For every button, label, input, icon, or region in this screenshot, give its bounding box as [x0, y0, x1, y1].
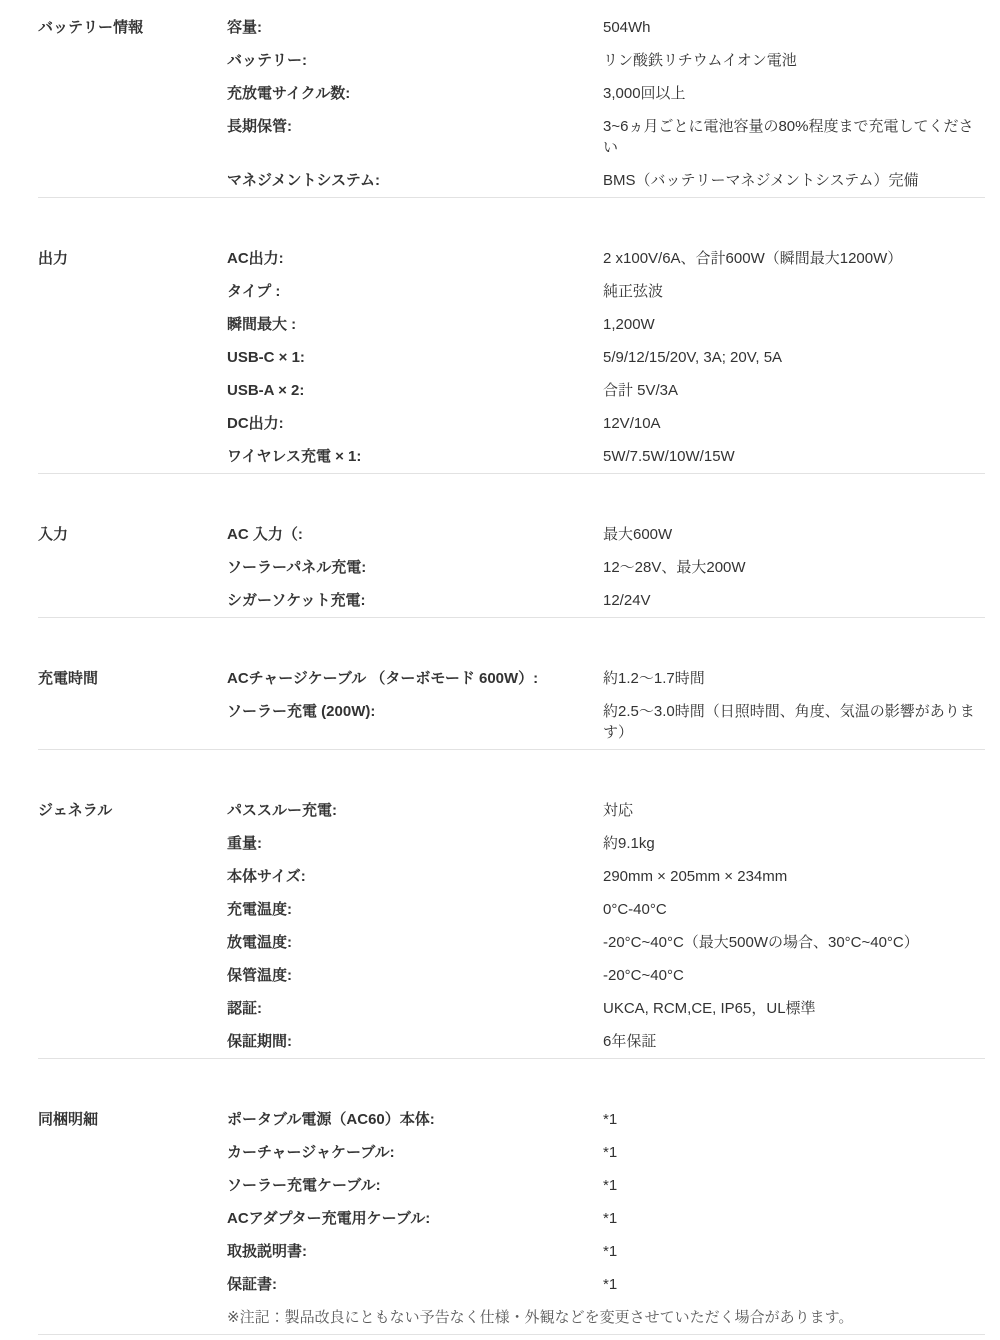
spec-value: 3,000回以上	[603, 77, 985, 110]
spec-value: 約9.1kg	[603, 827, 985, 860]
spec-value: 約1.2〜1.7時間	[603, 662, 985, 695]
spec-label: ACチャージケーブル （ターボモード 600W）:	[227, 662, 603, 695]
spec-row: 瞬間最大 : 1,200W	[227, 308, 985, 341]
spec-section: 出力 AC出力: 2 x100V/6A、合計600W（瞬間最大1200W） タイ…	[38, 242, 985, 474]
spec-label: ポータブル電源（AC60）本体:	[227, 1103, 603, 1136]
spec-label: バッテリー:	[227, 44, 603, 77]
spec-row: バッテリー: リン酸鉄リチウムイオン電池	[227, 44, 985, 77]
section-rows: ポータブル電源（AC60）本体: *1 カーチャージャケーブル: *1 ソーラー…	[227, 1103, 985, 1334]
section-rows: AC出力: 2 x100V/6A、合計600W（瞬間最大1200W） タイプ :…	[227, 242, 985, 473]
spec-value: 最大600W	[603, 518, 985, 551]
spec-row: ワイヤレス充電 × 1: 5W/7.5W/10W/15W	[227, 440, 985, 473]
spec-label: 認証:	[227, 992, 603, 1025]
section-rows: パススルー充電: 対応 重量: 約9.1kg 本体サイズ: 290mm × 20…	[227, 794, 985, 1058]
spec-row: 充電温度: 0°C-40°C	[227, 893, 985, 926]
spec-label: ワイヤレス充電 × 1:	[227, 440, 603, 473]
spec-value: 5W/7.5W/10W/15W	[603, 440, 985, 473]
spec-row: USB-A × 2: 合計 5V/3A	[227, 374, 985, 407]
spec-row: 保証期間: 6年保証	[227, 1025, 985, 1058]
spec-value: *1	[603, 1169, 985, 1202]
note-text: ※注記：製品改良にともない予告なく仕様・外観などを変更させていただく場合がありま…	[227, 1301, 985, 1334]
spec-value: -20°C~40°C（最大500Wの場合、30°C~40°C）	[603, 926, 985, 959]
spec-value: 12/24V	[603, 584, 985, 617]
spec-row: USB-C × 1: 5/9/12/15/20V, 3A; 20V, 5A	[227, 341, 985, 374]
spec-label: AC 入力（:	[227, 518, 603, 551]
spec-value: 3~6ヵ月ごとに電池容量の80%程度まで充電してください	[603, 110, 985, 164]
spec-value: 合計 5V/3A	[603, 374, 985, 407]
spec-label: USB-A × 2:	[227, 374, 603, 407]
spec-label: 重量:	[227, 827, 603, 860]
spec-row: ソーラー充電 (200W): 約2.5〜3.0時間（日照時間、角度、気温の影響が…	[227, 695, 985, 749]
spec-row: 本体サイズ: 290mm × 205mm × 234mm	[227, 860, 985, 893]
spec-label: 充電温度:	[227, 893, 603, 926]
spec-label: タイプ :	[227, 275, 603, 308]
spec-value: *1	[603, 1136, 985, 1169]
spec-label: パススルー充電:	[227, 794, 603, 827]
spec-row: 認証: UKCA, RCM,CE, IP65，UL標準	[227, 992, 985, 1025]
spec-label: 充放電サイクル数:	[227, 77, 603, 110]
spec-value: 1,200W	[603, 308, 985, 341]
spec-value: 12〜28V、最大200W	[603, 551, 985, 584]
spec-row: AC 入力（: 最大600W	[227, 518, 985, 551]
spec-row: 保管温度: -20°C~40°C	[227, 959, 985, 992]
spec-label: マネジメントシステム:	[227, 164, 603, 197]
spec-label: 取扱説明書:	[227, 1235, 603, 1268]
spec-label: DC出力:	[227, 407, 603, 440]
spec-label: シガーソケット充電:	[227, 584, 603, 617]
spec-label: 保証期間:	[227, 1025, 603, 1058]
spec-label: 保証書:	[227, 1268, 603, 1301]
spec-row: 長期保管: 3~6ヵ月ごとに電池容量の80%程度まで充電してください	[227, 110, 985, 164]
spec-label: 容量:	[227, 11, 603, 44]
spec-row: タイプ : 純正弦波	[227, 275, 985, 308]
spec-value: 290mm × 205mm × 234mm	[603, 860, 985, 893]
section-title: 充電時間	[38, 662, 227, 695]
section-rows: ACチャージケーブル （ターボモード 600W）: 約1.2〜1.7時間 ソーラ…	[227, 662, 985, 749]
spec-row: ACアダプター充電用ケーブル: *1	[227, 1202, 985, 1235]
spec-row: カーチャージャケーブル: *1	[227, 1136, 985, 1169]
spec-label: 瞬間最大 :	[227, 308, 603, 341]
spec-label: 放電温度:	[227, 926, 603, 959]
section-title: バッテリー情報	[38, 11, 227, 44]
spec-row: 重量: 約9.1kg	[227, 827, 985, 860]
spec-value: リン酸鉄リチウムイオン電池	[603, 44, 985, 77]
spec-label: AC出力:	[227, 242, 603, 275]
spec-value: -20°C~40°C	[603, 959, 985, 992]
spec-row: 充放電サイクル数: 3,000回以上	[227, 77, 985, 110]
section-title: 出力	[38, 242, 227, 275]
spec-label: 長期保管:	[227, 110, 603, 143]
spec-value: 12V/10A	[603, 407, 985, 440]
spec-row: シガーソケット充電: 12/24V	[227, 584, 985, 617]
spec-value: 504Wh	[603, 11, 985, 44]
spec-value: 2 x100V/6A、合計600W（瞬間最大1200W）	[603, 242, 985, 275]
spec-value: 0°C-40°C	[603, 893, 985, 926]
spec-row: 取扱説明書: *1	[227, 1235, 985, 1268]
spec-label: 保管温度:	[227, 959, 603, 992]
spec-label: ソーラーパネル充電:	[227, 551, 603, 584]
spec-section: 同梱明細 ポータブル電源（AC60）本体: *1 カーチャージャケーブル: *1…	[38, 1103, 985, 1335]
spec-section: 入力 AC 入力（: 最大600W ソーラーパネル充電: 12〜28V、最大20…	[38, 518, 985, 618]
spec-label: ソーラー充電 (200W):	[227, 695, 603, 728]
spec-label: 本体サイズ:	[227, 860, 603, 893]
spec-value: *1	[603, 1202, 985, 1235]
spec-value: 6年保証	[603, 1025, 985, 1058]
spec-value: UKCA, RCM,CE, IP65，UL標準	[603, 992, 985, 1025]
spec-table: バッテリー情報 容量: 504Wh バッテリー: リン酸鉄リチウムイオン電池 充…	[38, 11, 985, 1335]
spec-value: 5/9/12/15/20V, 3A; 20V, 5A	[603, 341, 985, 374]
section-title: 同梱明細	[38, 1103, 227, 1136]
spec-value: 約2.5〜3.0時間（日照時間、角度、気温の影響があります）	[603, 695, 985, 749]
section-title: ジェネラル	[38, 794, 227, 827]
spec-row: 放電温度: -20°C~40°C（最大500Wの場合、30°C~40°C）	[227, 926, 985, 959]
spec-label: USB-C × 1:	[227, 341, 603, 374]
spec-row: 保証書: *1	[227, 1268, 985, 1301]
spec-label: ACアダプター充電用ケーブル:	[227, 1202, 603, 1235]
spec-label: ソーラー充電ケーブル:	[227, 1169, 603, 1202]
spec-section: 充電時間 ACチャージケーブル （ターボモード 600W）: 約1.2〜1.7時…	[38, 662, 985, 750]
spec-row: マネジメントシステム: BMS（バッテリーマネジメントシステム）完備	[227, 164, 985, 197]
spec-row: ソーラーパネル充電: 12〜28V、最大200W	[227, 551, 985, 584]
spec-section: ジェネラル パススルー充電: 対応 重量: 約9.1kg 本体サイズ: 290m…	[38, 794, 985, 1059]
spec-label: カーチャージャケーブル:	[227, 1136, 603, 1169]
spec-value: *1	[603, 1235, 985, 1268]
spec-row: パススルー充電: 対応	[227, 794, 985, 827]
spec-section: バッテリー情報 容量: 504Wh バッテリー: リン酸鉄リチウムイオン電池 充…	[38, 11, 985, 198]
spec-value: BMS（バッテリーマネジメントシステム）完備	[603, 164, 985, 197]
section-title: 入力	[38, 518, 227, 551]
spec-row: ポータブル電源（AC60）本体: *1	[227, 1103, 985, 1136]
spec-value: *1	[603, 1103, 985, 1136]
spec-value: 純正弦波	[603, 275, 985, 308]
spec-row: ACチャージケーブル （ターボモード 600W）: 約1.2〜1.7時間	[227, 662, 985, 695]
spec-value: *1	[603, 1268, 985, 1301]
section-rows: 容量: 504Wh バッテリー: リン酸鉄リチウムイオン電池 充放電サイクル数:…	[227, 11, 985, 197]
spec-row: 容量: 504Wh	[227, 11, 985, 44]
spec-row: DC出力: 12V/10A	[227, 407, 985, 440]
spec-row: ソーラー充電ケーブル: *1	[227, 1169, 985, 1202]
spec-row: AC出力: 2 x100V/6A、合計600W（瞬間最大1200W）	[227, 242, 985, 275]
section-rows: AC 入力（: 最大600W ソーラーパネル充電: 12〜28V、最大200W …	[227, 518, 985, 617]
spec-value: 対応	[603, 794, 985, 827]
